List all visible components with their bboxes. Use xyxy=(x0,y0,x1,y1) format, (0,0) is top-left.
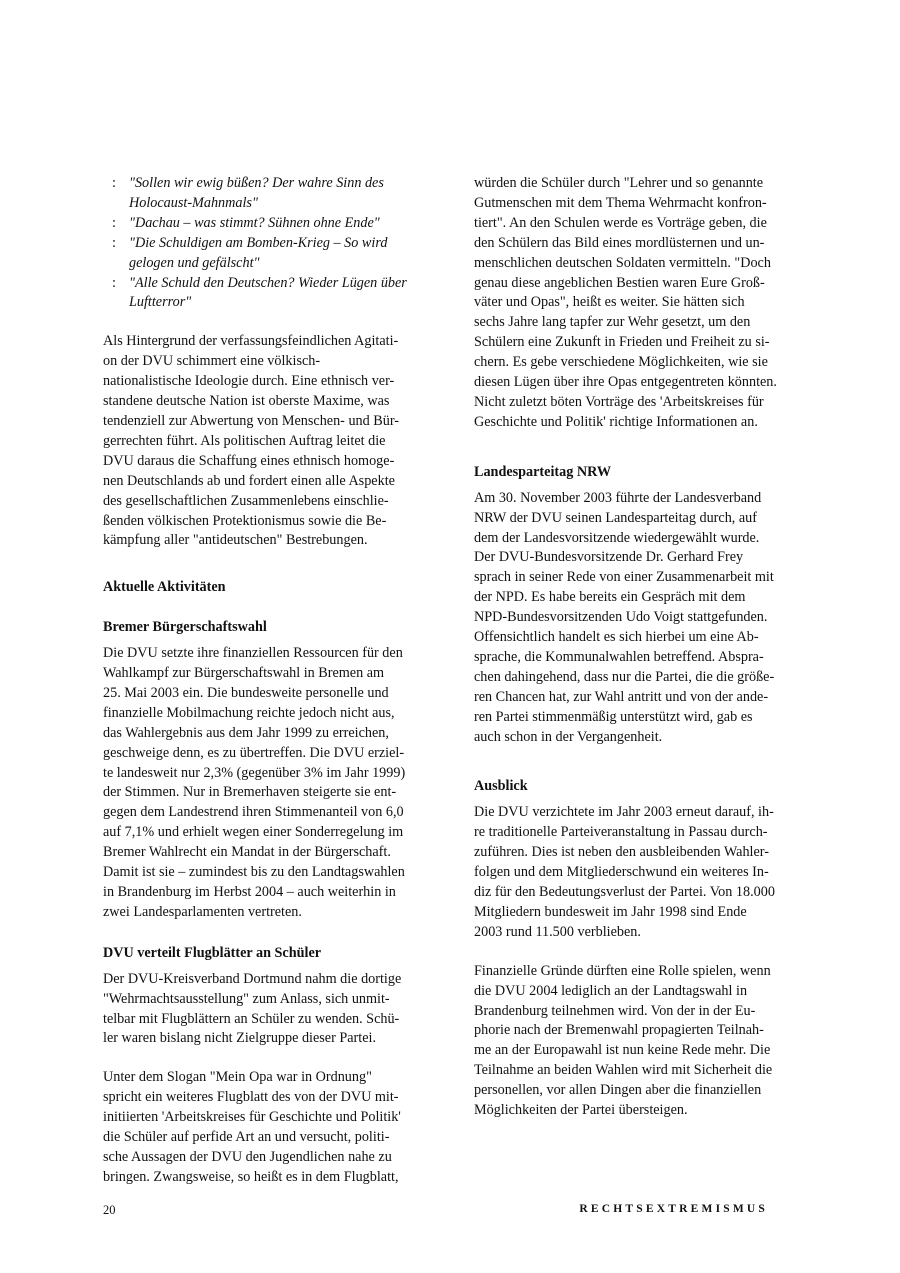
subheading-outlook: Ausblick xyxy=(474,777,800,797)
text-line: zwei Landesparlamenten vertreten. xyxy=(103,903,429,923)
text-line: ren Partei stimmenmäßig unterstützt wird… xyxy=(474,708,800,728)
text-line: standene deutsche Nation ist oberste Max… xyxy=(103,392,429,412)
text-line: DVU daraus die Schaffung eines ethnisch … xyxy=(103,452,429,472)
text-line: finanzielle Mobilmachung reichte jedoch … xyxy=(103,704,429,724)
text-line: chen dahingehend, dass nur die Partei, d… xyxy=(474,668,800,688)
text-line: phorie nach der Bremenwahl propagierten … xyxy=(474,1021,800,1041)
text-line: Brandenburg teilnehmen wird. Von der in … xyxy=(474,1002,800,1022)
text-line: Offensichtlich handelt es sich hierbei u… xyxy=(474,628,800,648)
colon-bullet: : xyxy=(112,234,116,254)
outlook-paragraph-2: Finanzielle Gründe dürften eine Rolle sp… xyxy=(474,962,800,1121)
text-line: tiert". An den Schulen werde es Vorträge… xyxy=(474,214,800,234)
text-line: kämpfung aller "antideutschen" Bestrebun… xyxy=(103,531,429,551)
section-heading-current-activities: Aktuelle Aktivitäten xyxy=(103,578,429,598)
colon-bullet: : xyxy=(112,214,116,234)
text-line: Schülern eine Zukunft in Frieden und Fre… xyxy=(474,333,800,353)
bremen-paragraph: Die DVU setzte ihre finanziellen Ressour… xyxy=(103,644,429,923)
text-line: NPD-Bundesvorsitzenden Udo Voigt stattge… xyxy=(474,608,800,628)
text-line: väter und Opas", heißt es weiter. Sie hä… xyxy=(474,293,800,313)
text-line: zuführen. Dies ist neben den ausbleibend… xyxy=(474,843,800,863)
text-line: in Brandenburg im Herbst 2004 – auch wei… xyxy=(103,883,429,903)
text-line: Der DVU-Bundesvorsitzende Dr. Gerhard Fr… xyxy=(474,548,800,568)
subheading-bremen-election: Bremer Bürgerschaftswahl xyxy=(103,618,429,638)
text-line: re traditionelle Parteiveranstaltung in … xyxy=(474,823,800,843)
text-line: der Stimmen. Nur in Bremerhaven steigert… xyxy=(103,783,429,803)
text-line: dem der Landesvorsitzende wiedergewählt … xyxy=(474,529,800,549)
text-line: die Schüler auf perfide Art an und versu… xyxy=(103,1128,429,1148)
text-line: gegen dem Landestrend ihren Stimmenantei… xyxy=(103,803,429,823)
text-line: sechs Jahre lang tapfer zur Wehr gesetzt… xyxy=(474,313,800,333)
text-line: Mitgliedern bundesweit im Jahr 1998 sind… xyxy=(474,903,800,923)
text-line: Als Hintergrund der verfassungsfeindlich… xyxy=(103,332,429,352)
text-line: würden die Schüler durch "Lehrer und so … xyxy=(474,174,800,194)
text-line: Die DVU setzte ihre finanziellen Ressour… xyxy=(103,644,429,664)
text-line: 2003 rund 11.500 verblieben. xyxy=(474,923,800,943)
text-line: sche Aussagen der DVU den Jugendlichen n… xyxy=(103,1148,429,1168)
quote-item: : "Sollen wir ewig büßen? Der wahre Sinn… xyxy=(103,174,429,214)
text-line: sprache, die Kommunalwahlen betreffend. … xyxy=(474,648,800,668)
quote-line: Luftterror" xyxy=(129,293,429,313)
text-line: Bremer Wahlrecht ein Mandat in der Bürge… xyxy=(103,843,429,863)
text-line: den Schülern das Bild eines mordlüsterne… xyxy=(474,234,800,254)
left-column: : "Sollen wir ewig büßen? Der wahre Sinn… xyxy=(103,174,429,1188)
text-line: das Wahlergebnis aus dem Jahr 1999 zu er… xyxy=(103,724,429,744)
text-line: diesen Lügen über ihre Opas entgegentret… xyxy=(474,373,800,393)
text-line: me an der Europawahl ist nun keine Rede … xyxy=(474,1041,800,1061)
quote-line: "Die Schuldigen am Bomben-Krieg – So wir… xyxy=(129,234,429,254)
quote-item: : "Alle Schuld den Deutschen? Wieder Lüg… xyxy=(103,274,429,314)
flyers-continued-paragraph: würden die Schüler durch "Lehrer und so … xyxy=(474,174,800,433)
text-line: Unter dem Slogan "Mein Opa war in Ordnun… xyxy=(103,1068,429,1088)
text-line: tendenziell zur Abwertung von Menschen- … xyxy=(103,412,429,432)
flyers-paragraph-2: Unter dem Slogan "Mein Opa war in Ordnun… xyxy=(103,1068,429,1187)
text-line: telbar mit Flugblättern an Schüler zu we… xyxy=(103,1010,429,1030)
text-line: Wahlkampf zur Bürgerschaftswahl in Breme… xyxy=(103,664,429,684)
right-column: würden die Schüler durch "Lehrer und so … xyxy=(474,174,800,1121)
text-line: auf 7,1% und erhielt wegen einer Sonderr… xyxy=(103,823,429,843)
text-line: on der DVU schimmert eine völkisch- xyxy=(103,352,429,372)
colon-bullet: : xyxy=(112,274,116,294)
quote-line: gelogen und gefälscht" xyxy=(129,254,429,274)
text-line: Möglichkeiten der Partei übersteigen. xyxy=(474,1101,800,1121)
text-line: ßenden völkischen Protektionismus sowie … xyxy=(103,512,429,532)
quote-line: "Sollen wir ewig büßen? Der wahre Sinn d… xyxy=(129,174,429,194)
text-line: folgen und dem Mitgliederschwund ein wei… xyxy=(474,863,800,883)
nrw-paragraph: Am 30. November 2003 führte der Landesve… xyxy=(474,489,800,748)
outlook-paragraph-1: Die DVU verzichtete im Jahr 2003 erneut … xyxy=(474,803,800,942)
text-line: Der DVU-Kreisverband Dortmund nahm die d… xyxy=(103,970,429,990)
text-line: des gesellschaftlichen Zusammenlebens ei… xyxy=(103,492,429,512)
text-line: der NPD. Es habe bereits ein Gespräch mi… xyxy=(474,588,800,608)
quote-line: Holocaust-Mahnmals" xyxy=(129,194,429,214)
text-line: NRW der DVU seinen Landesparteitag durch… xyxy=(474,509,800,529)
text-line: menschlichen deutschen Soldaten vermitte… xyxy=(474,254,800,274)
text-line: chern. Es gebe verschiedene Möglichkeite… xyxy=(474,353,800,373)
text-line: personellen, vor allen Dingen aber die f… xyxy=(474,1081,800,1101)
text-line: Am 30. November 2003 führte der Landesve… xyxy=(474,489,800,509)
quote-item: : "Dachau – was stimmt? Sühnen ohne Ende… xyxy=(103,214,429,234)
subheading-nrw-party-conference: Landesparteitag NRW xyxy=(474,463,800,483)
ideology-paragraph: Als Hintergrund der verfassungsfeindlich… xyxy=(103,332,429,551)
text-line: geschweige denn, es zu übertreffen. Die … xyxy=(103,744,429,764)
quote-line: "Dachau – was stimmt? Sühnen ohne Ende" xyxy=(129,214,429,234)
text-line: Damit ist sie – zumindest bis zu den Lan… xyxy=(103,863,429,883)
quote-line: "Alle Schuld den Deutschen? Wieder Lügen… xyxy=(129,274,429,294)
subheading-flyers: DVU verteilt Flugblätter an Schüler xyxy=(103,944,429,964)
text-line: te landesweit nur 2,3% (gegenüber 3% im … xyxy=(103,764,429,784)
text-line: auch schon in der Vergangenheit. xyxy=(474,728,800,748)
text-line: gerrechten führt. Als politischen Auftra… xyxy=(103,432,429,452)
text-line: ren Chancen hat, zur Wahl antritt und vo… xyxy=(474,688,800,708)
text-line: "Wehrmachtsausstellung" zum Anlass, sich… xyxy=(103,990,429,1010)
text-line: sprach in seiner Rede von einer Zusammen… xyxy=(474,568,800,588)
text-line: bringen. Zwangsweise, so heißt es in dem… xyxy=(103,1168,429,1188)
text-line: Die DVU verzichtete im Jahr 2003 erneut … xyxy=(474,803,800,823)
text-line: Geschichte und Politik' richtige Informa… xyxy=(474,413,800,433)
colon-bullet: : xyxy=(112,174,116,194)
running-title: RECHTSEXTREMISMUS xyxy=(579,1203,768,1215)
text-line: Teilnahme an beiden Wahlen wird mit Sich… xyxy=(474,1061,800,1081)
flyers-paragraph-1: Der DVU-Kreisverband Dortmund nahm die d… xyxy=(103,970,429,1050)
text-line: spricht ein weiteres Flugblatt des von d… xyxy=(103,1088,429,1108)
text-line: Gutmenschen mit dem Thema Wehrmacht konf… xyxy=(474,194,800,214)
text-line: diz für den Bedeutungsverlust der Partei… xyxy=(474,883,800,903)
text-line: 25. Mai 2003 ein. Die bundesweite person… xyxy=(103,684,429,704)
text-line: die DVU 2004 lediglich an der Landtagswa… xyxy=(474,982,800,1002)
page-number: 20 xyxy=(103,1203,116,1218)
quote-list: : "Sollen wir ewig büßen? Der wahre Sinn… xyxy=(103,174,429,313)
text-line: Nicht zuletzt böten Vorträge des 'Arbeit… xyxy=(474,393,800,413)
text-line: initiierten 'Arbeitskreises für Geschich… xyxy=(103,1108,429,1128)
text-line: nationalistische Ideologie durch. Eine e… xyxy=(103,372,429,392)
text-line: nen Deutschlands ab und fordert einen al… xyxy=(103,472,429,492)
text-line: Finanzielle Gründe dürften eine Rolle sp… xyxy=(474,962,800,982)
text-line: ler waren bislang nicht Zielgruppe diese… xyxy=(103,1029,429,1049)
quote-item: : "Die Schuldigen am Bomben-Krieg – So w… xyxy=(103,234,429,274)
text-line: genau diese angeblichen Bestien waren Eu… xyxy=(474,274,800,294)
